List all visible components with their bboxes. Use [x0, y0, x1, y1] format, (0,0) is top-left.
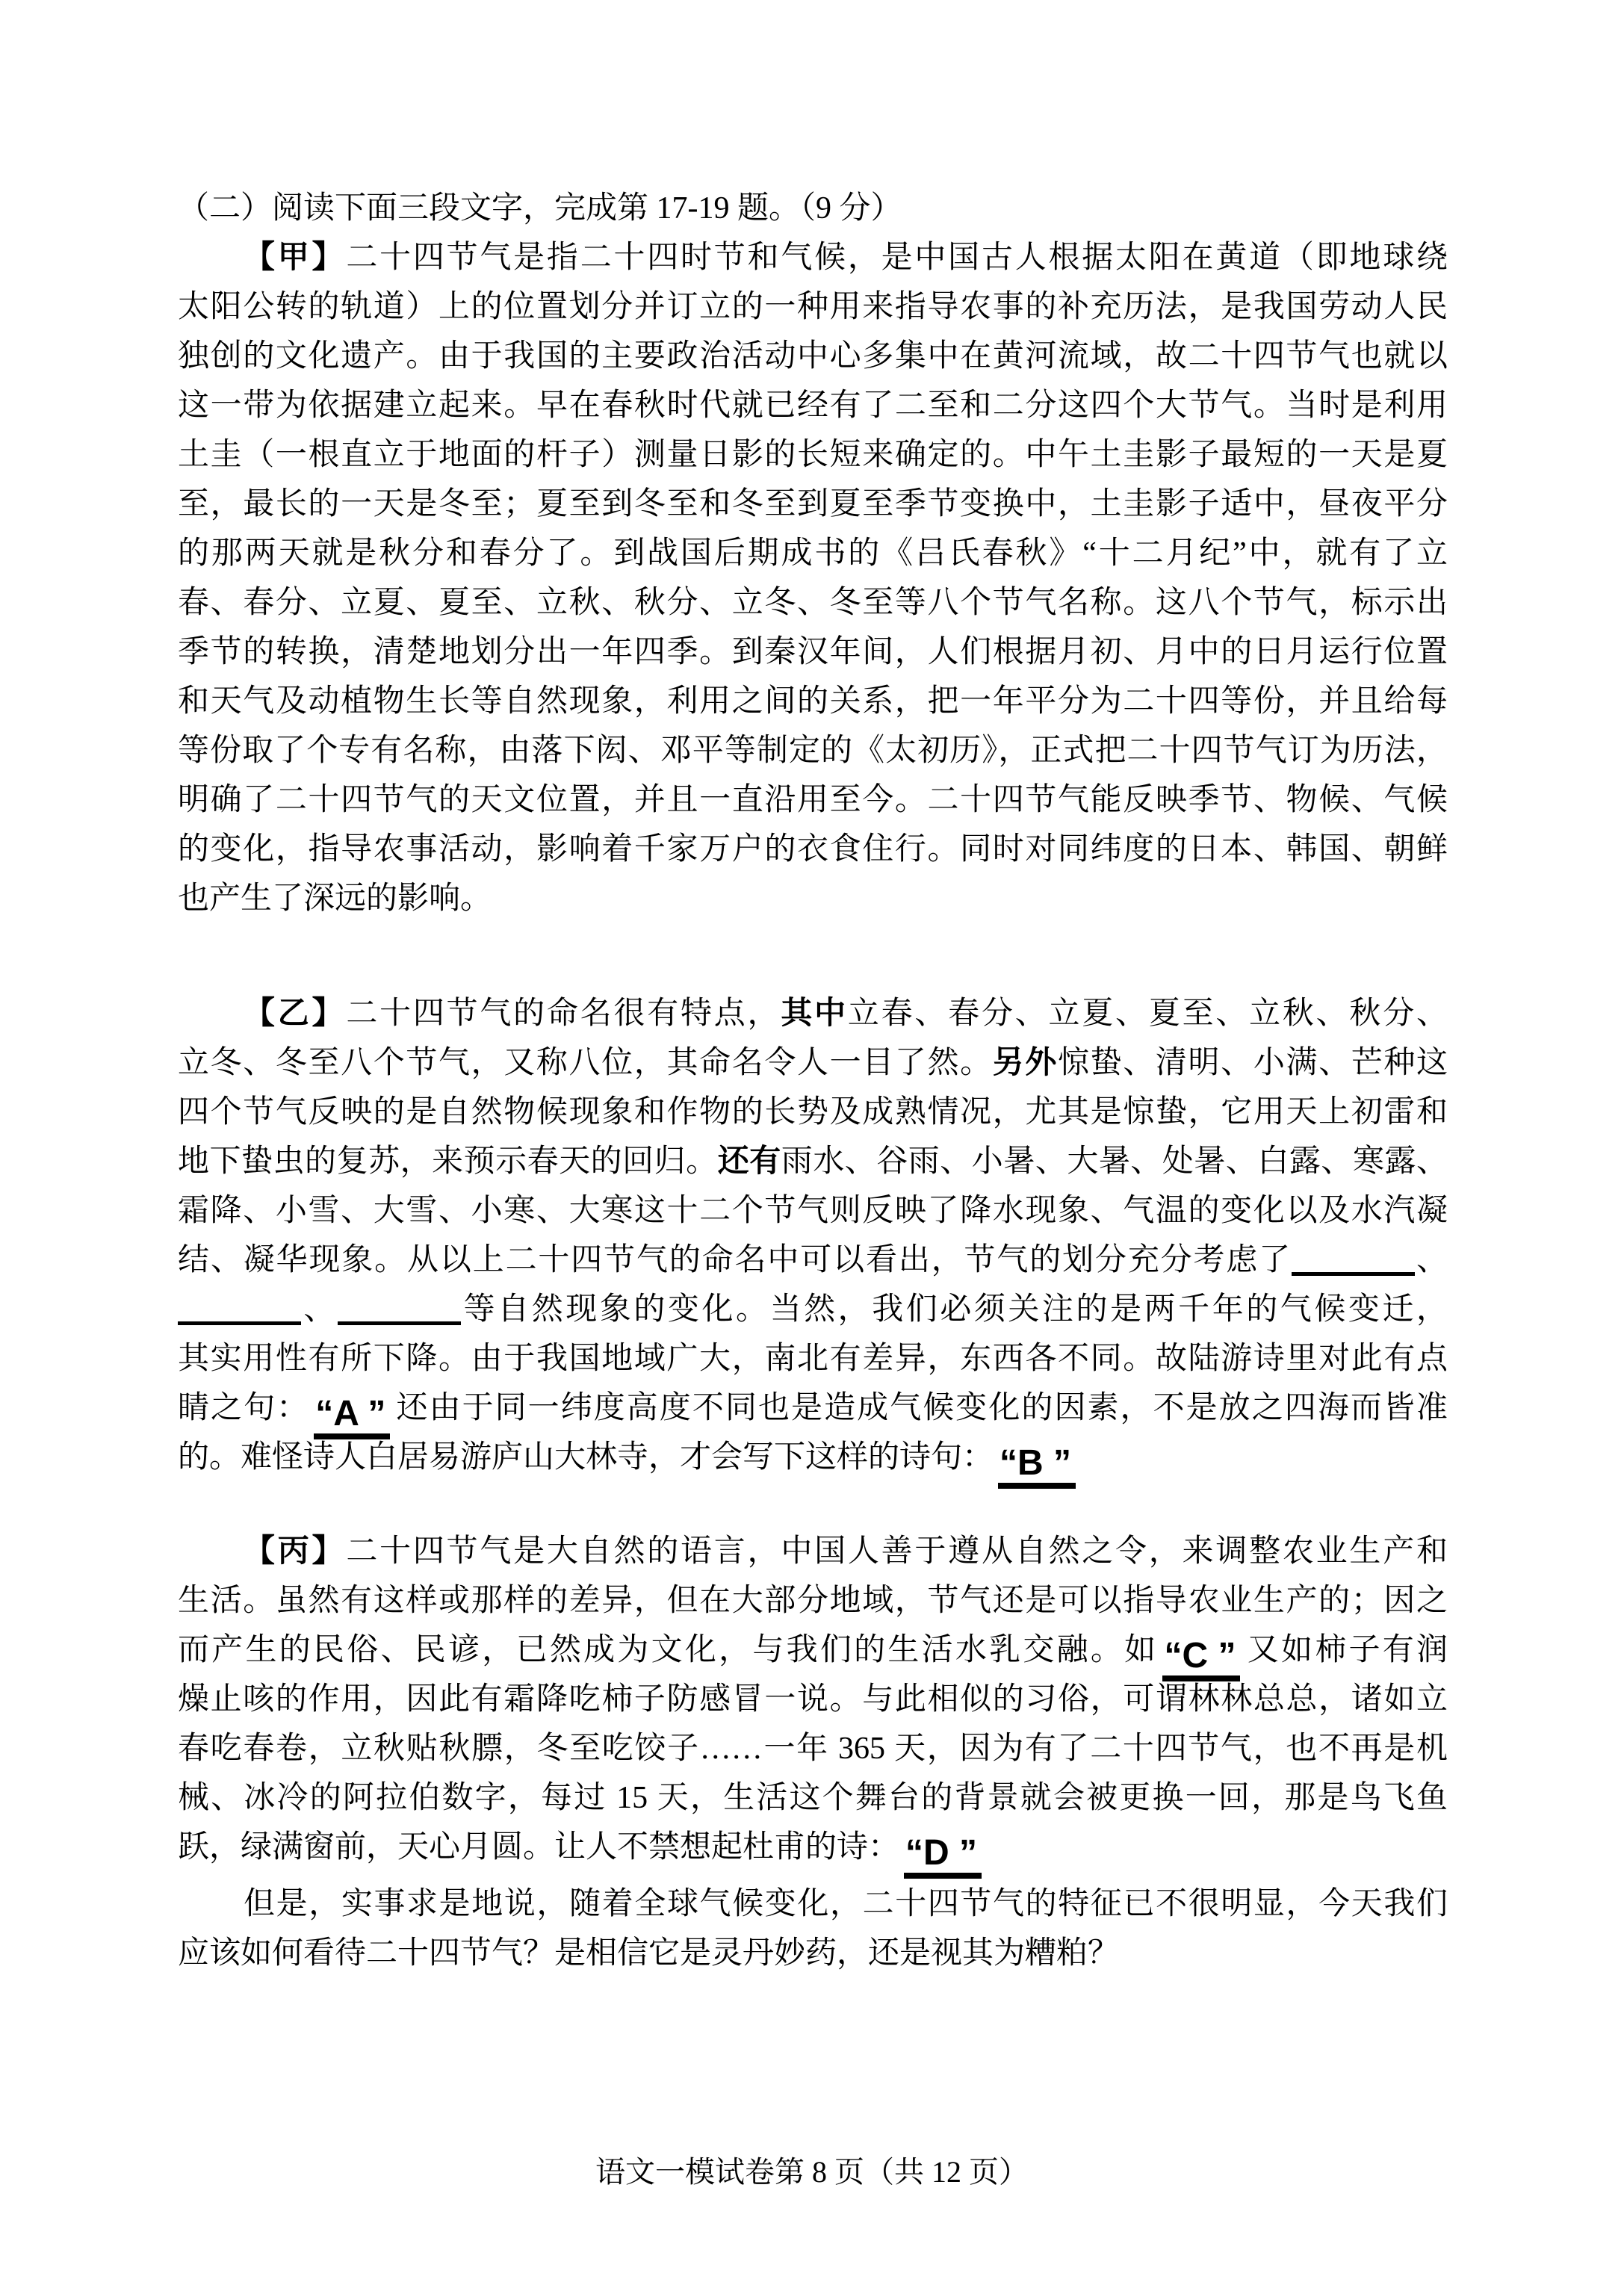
- text-line: 地下蛰虫的复苏，来预示春天的回归。还有雨水、谷雨、小暑、大暑、处暑、白露、寒露、: [178, 1137, 1448, 1186]
- bold-text-segment: 还有: [718, 1144, 781, 1179]
- text-line: 四个节气反映的是自然物候现象和作物的长势及成熟情况，尤其是惊蛰，它用天上初雷和: [178, 1088, 1448, 1137]
- exam-page: （二）阅读下面三段文字，完成第 17-19 题。（9 分） 【甲】二十四节气是指…: [0, 0, 1624, 2294]
- text-line: 生活。虽然有这样或那样的差异，但在大部分地域，节气还是可以指导农业生产的；因之: [178, 1576, 1448, 1625]
- answer-letter: “B ”: [998, 1445, 1076, 1489]
- text-segment: 立春、春分、立夏、夏至、立秋、秋分、: [848, 996, 1448, 1031]
- text-line: 明确了二十四节气的天文位置，并且一直沿用至今。二十四节气能反映季节、物候、气候: [178, 775, 1448, 825]
- text-line: 的那两天就是秋分和春分了。到战国后期成书的《吕氏春秋》“十二月纪”中，就有了立: [178, 529, 1448, 578]
- text-line: 也产生了深远的影响。: [178, 874, 1448, 923]
- bold-text-segment: 另外: [993, 1046, 1058, 1080]
- text-line: 等份取了个专有名称，由落下闳、邓平等制定的《太初历》，正式把二十四节气订为历法，: [178, 726, 1448, 775]
- text-segment: 跃，绿满窗前，天心月圆。让人不禁想起杜甫的诗：: [178, 1830, 899, 1864]
- text-segment: 应该如何看待二十四节气？是相信它是灵丹妙药，还是视其为糟粕？: [178, 1936, 1119, 1971]
- text-segment: 而产生的民俗、民谚，已然成为文化，与我们的生活水乳交融。如: [178, 1633, 1158, 1667]
- answer-blank: [1292, 1268, 1415, 1276]
- text-segment: 季节的转换，清楚地划分出一年四季。到秦汉年间，人们根据月初、月中的日月运行位置: [178, 635, 1448, 669]
- text-segment: 太阳公转的轨道）上的位置划分并订立的一种用来指导农事的补充历法，是我国劳动人民: [178, 290, 1448, 324]
- text-segment: 燥止咳的作用，因此有霜降吃柿子防感冒一说。与此相似的习俗，可谓林林总总，诸如立: [178, 1682, 1448, 1717]
- text-segment: 但是，实事求是地说，随着全球气候变化，二十四节气的特征已不很明显，今天我们: [244, 1887, 1448, 1921]
- text-segment: 二十四节气是指二十四时节和气候，是中国古人根据太阳在黄道（即地球绕: [346, 241, 1448, 275]
- answer-letter: “D ”: [904, 1835, 982, 1879]
- text-segment: 的变化，指导农事活动，影响着千家万户的衣食住行。同时对同纬度的日本、韩国、朝鲜: [178, 832, 1448, 867]
- text-segment: 结、凝华现象。从以上二十四节气的命名中可以看出，节气的划分充分考虑了: [178, 1243, 1292, 1277]
- text-segment: 春吃春卷，立秋贴秋膘，冬至吃饺子……一年 365 天，因为有了二十四节气，也不再…: [178, 1732, 1448, 1766]
- text-segment: 其实用性有所下降。由于我国地域广大，南北有差异，东西各不同。故陆游诗里对此有点: [178, 1342, 1448, 1376]
- text-segment: 地下蛰虫的复苏，来预示春天的回归。: [178, 1144, 718, 1179]
- text-segment: 至，最长的一天是冬至；夏至到冬至和冬至到夏至季节变换中，土圭影子适中，昼夜平分: [178, 487, 1448, 521]
- section-tag: 【甲】: [244, 241, 346, 275]
- text-line: 【丙】二十四节气是大自然的语言，中国人善于遵从自然之令，来调整农业生产和: [178, 1527, 1448, 1576]
- text-segment: 睛之句：: [178, 1391, 309, 1425]
- text-line: 、等自然现象的变化。当然，我们必须关注的是两千年的气候变迁，: [178, 1285, 1448, 1334]
- text-line: 但是，实事求是地说，随着全球气候变化，二十四节气的特征已不很明显，今天我们: [178, 1879, 1448, 1929]
- text-line: 至，最长的一天是冬至；夏至到冬至和冬至到夏至季节变换中，土圭影子适中，昼夜平分: [178, 480, 1448, 529]
- answer-blank: [178, 1318, 301, 1325]
- section-tag: 【乙】: [244, 996, 346, 1031]
- answer-blank: [338, 1318, 461, 1325]
- paragraph-jia: 【甲】二十四节气是指二十四时节和气候，是中国古人根据太阳在黄道（即地球绕太阳公转…: [178, 233, 1448, 923]
- text-segment: 还由于同一纬度高度不同也是造成气候变化的因素，不是放之四海而皆准: [394, 1391, 1448, 1425]
- text-segment: 雨水、谷雨、小暑、大暑、处暑、白露、寒露、: [781, 1144, 1448, 1179]
- text-segment: 二十四节气是大自然的语言，中国人善于遵从自然之令，来调整农业生产和: [346, 1534, 1448, 1569]
- text-line: 和天气及动植物生长等自然现象，利用之间的关系，把一年平分为二十四等份，并且给每: [178, 677, 1448, 726]
- text-line: 跃，绿满窗前，天心月圆。让人不禁想起杜甫的诗：“D ”: [178, 1823, 1448, 1872]
- text-segment: 又如柿子有润: [1245, 1633, 1448, 1667]
- text-segment: 、: [1415, 1243, 1448, 1277]
- text-line: 【甲】二十四节气是指二十四时节和气候，是中国古人根据太阳在黄道（即地球绕: [178, 233, 1448, 282]
- text-segment: 这一带为依据建立起来。早在春秋时代就已经有了二至和二分这四个大节气。当时是利用: [178, 388, 1448, 423]
- paragraph-yi: 【乙】二十四节气的命名很有特点，其中立春、春分、立夏、夏至、立秋、秋分、立冬、冬…: [178, 989, 1448, 1482]
- text-segment: 等份取了个专有名称，由落下闳、邓平等制定的《太初历》，正式把二十四节气订为历法，: [178, 734, 1448, 768]
- text-line: 应该如何看待二十四节气？是相信它是灵丹妙药，还是视其为糟粕？: [178, 1929, 1448, 1978]
- bold-text-segment: 其中: [781, 996, 848, 1031]
- text-segment: 生活。虽然有这样或那样的差异，但在大部分地域，节气还是可以指导农业生产的；因之: [178, 1584, 1448, 1618]
- text-line: 季节的转换，清楚地划分出一年四季。到秦汉年间，人们根据月初、月中的日月运行位置: [178, 627, 1448, 677]
- section-tag: 【丙】: [244, 1534, 346, 1569]
- text-line: 霜降、小雪、大雪、小寒、大寒这十二个节气则反映了降水现象、气温的变化以及水汽凝: [178, 1186, 1448, 1236]
- text-segment: 独创的文化遗产。由于我国的主要政治活动中心多集中在黄河流域，故二十四节气也就以: [178, 339, 1448, 373]
- section-header: （二）阅读下面三段文字，完成第 17-19 题。（9 分）: [178, 184, 1448, 233]
- text-segment: 四个节气反映的是自然物候现象和作物的长势及成熟情况，尤其是惊蛰，它用天上初雷和: [178, 1095, 1448, 1129]
- text-segment: 霜降、小雪、大雪、小寒、大寒这十二个节气则反映了降水现象、气温的变化以及水汽凝: [178, 1194, 1448, 1228]
- text-line: 春、春分、立夏、夏至、立秋、秋分、立冬、冬至等八个节气名称。这八个节气，标示出: [178, 578, 1448, 627]
- text-line: 睛之句：“A ”还由于同一纬度高度不同也是造成气候变化的因素，不是放之四海而皆准: [178, 1383, 1448, 1433]
- text-segment: 的。难怪诗人白居易游庐山大林寺，才会写下这样的诗句：: [178, 1440, 994, 1475]
- text-line: 立冬、冬至八个节气，又称八位，其命名令人一目了然。另外惊蛰、清明、小满、芒种这: [178, 1038, 1448, 1088]
- text-segment: 也产生了深远的影响。: [178, 881, 492, 916]
- text-line: 其实用性有所下降。由于我国地域广大，南北有差异，东西各不同。故陆游诗里对此有点: [178, 1334, 1448, 1383]
- page-content: （二）阅读下面三段文字，完成第 17-19 题。（9 分） 【甲】二十四节气是指…: [178, 184, 1448, 1978]
- text-line: 这一带为依据建立起来。早在春秋时代就已经有了二至和二分这四个大节气。当时是利用: [178, 381, 1448, 430]
- text-segment: 二十四节气的命名很有特点，: [346, 996, 781, 1031]
- text-line: 土圭（一根直立于地面的杆子）测量日影的长短来确定的。中午土圭影子最短的一天是夏: [178, 430, 1448, 480]
- page-footer: 语文一模试卷第 8 页（共 12 页）: [0, 2153, 1624, 2192]
- text-line: 太阳公转的轨道）上的位置划分并订立的一种用来指导农事的补充历法，是我国劳动人民: [178, 282, 1448, 332]
- text-line: 【乙】二十四节气的命名很有特点，其中立春、春分、立夏、夏至、立秋、秋分、: [178, 989, 1448, 1038]
- text-line: 械、冰冷的阿拉伯数字，每过 15 天，生活这个舞台的背景就会被更换一回，那是鸟飞…: [178, 1773, 1448, 1823]
- text-line: 独创的文化遗产。由于我国的主要政治活动中心多集中在黄河流域，故二十四节气也就以: [178, 332, 1448, 381]
- text-line: 而产生的民俗、民谚，已然成为文化，与我们的生活水乳交融。如“C ”又如柿子有润: [178, 1625, 1448, 1675]
- text-segment: 的那两天就是秋分和春分了。到战国后期成书的《吕氏春秋》“十二月纪”中，就有了立: [178, 536, 1448, 571]
- text-segment: 春、春分、立夏、夏至、立秋、秋分、立冬、冬至等八个节气名称。这八个节气，标示出: [178, 586, 1448, 620]
- text-segment: 、: [301, 1292, 338, 1327]
- text-line: 的变化，指导农事活动，影响着千家万户的衣食住行。同时对同纬度的日本、韩国、朝鲜: [178, 825, 1448, 874]
- text-segment: 械、冰冷的阿拉伯数字，每过 15 天，生活这个舞台的背景就会被更换一回，那是鸟飞…: [178, 1781, 1448, 1815]
- text-segment: 立冬、冬至八个节气，又称八位，其命名令人一目了然。: [178, 1046, 993, 1080]
- text-segment: 等自然现象的变化。当然，我们必须关注的是两千年的气候变迁，: [461, 1292, 1448, 1327]
- paragraph-bing: 【丙】二十四节气是大自然的语言，中国人善于遵从自然之令，来调整农业生产和生活。虽…: [178, 1527, 1448, 1872]
- paragraph-closing: 但是，实事求是地说，随着全球气候变化，二十四节气的特征已不很明显，今天我们应该如…: [178, 1879, 1448, 1978]
- text-segment: 和天气及动植物生长等自然现象，利用之间的关系，把一年平分为二十四等份，并且给每: [178, 684, 1448, 719]
- text-line: 春吃春卷，立秋贴秋膘，冬至吃饺子……一年 365 天，因为有了二十四节气，也不再…: [178, 1724, 1448, 1773]
- text-line: 结、凝华现象。从以上二十四节气的命名中可以看出，节气的划分充分考虑了、: [178, 1236, 1448, 1285]
- text-line: 燥止咳的作用，因此有霜降吃柿子防感冒一说。与此相似的习俗，可谓林林总总，诸如立: [178, 1675, 1448, 1724]
- text-segment: 明确了二十四节气的天文位置，并且一直沿用至今。二十四节气能反映季节、物候、气候: [178, 783, 1448, 817]
- text-line: 的。难怪诗人白居易游庐山大林寺，才会写下这样的诗句：“B ”: [178, 1433, 1448, 1482]
- text-segment: 惊蛰、清明、小满、芒种这: [1058, 1046, 1448, 1080]
- text-segment: 土圭（一根直立于地面的杆子）测量日影的长短来确定的。中午土圭影子最短的一天是夏: [178, 438, 1448, 472]
